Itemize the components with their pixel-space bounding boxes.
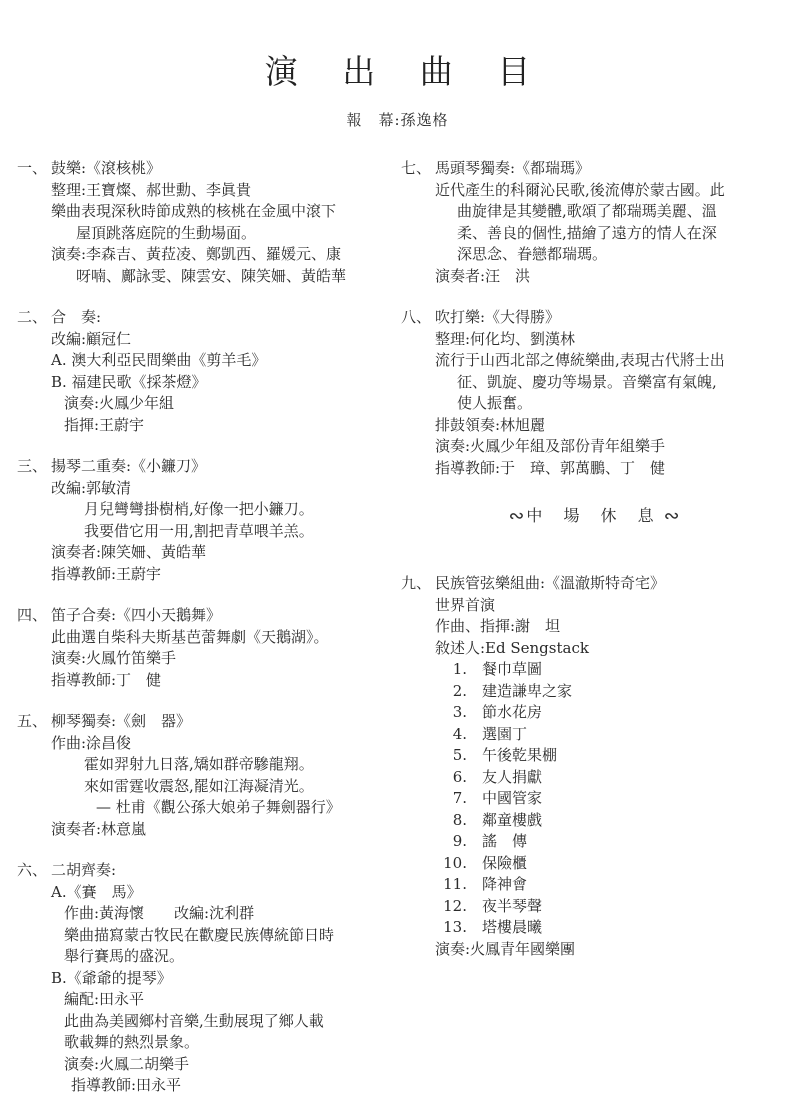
section-number: 五、: [17, 711, 51, 733]
program-section: 三、揚琴二重奏:《小鐮刀》改編:郭敏清月兒彎彎掛樹梢,好像一把小鐮刀。我要借它用…: [17, 456, 401, 585]
program-line: 敘述人:Ed Sengstack: [435, 638, 787, 660]
section-number: 八、: [401, 307, 435, 329]
movement-title: 中國管家: [482, 788, 787, 810]
movement-number: 1.: [435, 659, 467, 681]
section-title: 吹打樂:《大得勝》: [435, 307, 787, 329]
program-line: 世界首演: [435, 595, 787, 617]
movement-number: 11.: [435, 874, 467, 896]
section-body: A.《賽 馬》作曲:黃海懷 改編:沈利群樂曲描寫蒙古牧民在歡慶民族傳統節日時舉行…: [51, 882, 401, 1097]
movement-title: 選園丁: [482, 724, 787, 746]
announcer-line: 報 幕:孫逸格: [0, 109, 795, 130]
movement-item: 12.夜半琴聲: [435, 896, 787, 918]
program-section: 六、二胡齊奏:A.《賽 馬》作曲:黃海懷 改編:沈利群樂曲描寫蒙古牧民在歡慶民族…: [17, 860, 401, 1097]
section-body: 整理:何化均、劉漢林流行于山西北部之傳統樂曲,表現古代將士出征、凱旋、慶功等場景…: [435, 329, 787, 480]
section-head-row: 七、馬頭琴獨奏:《都瑞瑪》: [401, 158, 787, 180]
program-line: 屋頂跳落庭院的生動場面。: [76, 223, 401, 245]
program-section: 二、合 奏:改編:顧冠仁A. 澳大利亞民間樂曲《剪羊毛》B. 福建民歌《採茶燈》…: [17, 307, 401, 436]
section-number: 二、: [17, 307, 51, 329]
movement-title: 建造謙卑之家: [482, 681, 787, 703]
program-line: 使人振奮。: [457, 393, 787, 415]
program-line: 深思念、眷戀都瑞瑪。: [457, 244, 787, 266]
movement-title: 餐巾草圖: [482, 659, 787, 681]
section-body: 改編:顧冠仁A. 澳大利亞民間樂曲《剪羊毛》B. 福建民歌《採茶燈》演奏:火鳳少…: [51, 329, 401, 437]
program-line: 此曲選自柴科夫斯基芭蕾舞劇《天鵝湖》。: [51, 627, 401, 649]
section-head-row: 六、二胡齊奏:: [17, 860, 401, 882]
program-line: 曲旋律是其變體,歌頌了都瑞瑪美麗、溫: [457, 201, 787, 223]
program-line: 作曲:涂昌俊: [51, 733, 401, 755]
section-head-row: 三、揚琴二重奏:《小鐮刀》: [17, 456, 401, 478]
program-line: 征、凱旋、慶功等場景。音樂富有氣魄,: [457, 372, 787, 394]
section-head-row: 一、鼓樂:《滾核桃》: [17, 158, 401, 180]
program-line: 歌載舞的熱烈景象。: [64, 1032, 401, 1054]
section-title: 笛子合奏:《四小天鵝舞》: [51, 605, 401, 627]
page-title: 演 出 曲 目: [0, 46, 795, 93]
left-column: 一、鼓樂:《滾核桃》整理:王寶燦、郝世勳、李眞貴樂曲表現深秋時節成熟的核桃在金風…: [17, 158, 401, 1117]
program-line: 演奏者:陳笑姍、黃皓華: [51, 542, 401, 564]
program-section: 七、馬頭琴獨奏:《都瑞瑪》近代產生的科爾沁民歌,後流傳於蒙古國。此曲旋律是其變體…: [401, 158, 787, 287]
section-title: 柳琴獨奏:《劍 器》: [51, 711, 401, 733]
program-line: 霍如羿射九日落,矯如群帝驂龍翔。: [84, 754, 401, 776]
section-head-row: 九、民族管弦樂組曲:《溫澈斯特奇宅》: [401, 573, 787, 595]
program-line: 演奏:李森吉、黃菈凌、鄭凱西、羅媛元、康: [51, 244, 401, 266]
movement-number: 6.: [435, 767, 467, 789]
program-line: 改編:顧冠仁: [51, 329, 401, 351]
section-head-row: 五、柳琴獨奏:《劍 器》: [17, 711, 401, 733]
program-line: 演奏:火鳳竹笛樂手: [51, 648, 401, 670]
movement-item: 5.午後乾果棚: [435, 745, 787, 767]
section-title: 揚琴二重奏:《小鐮刀》: [51, 456, 401, 478]
program-line: 指導教師:田永平: [71, 1075, 401, 1097]
program-line: 演奏:火鳳少年組及部份青年組樂手: [435, 436, 787, 458]
movement-title: 保險櫃: [482, 853, 787, 875]
program-line: B. 福建民歌《採茶燈》: [51, 372, 401, 394]
program-line: 我要借它用一用,割把青草喂羊羔。: [84, 521, 401, 543]
section-number: 九、: [401, 573, 435, 595]
movement-title: 午後乾果棚: [482, 745, 787, 767]
program-line: 樂曲描寫蒙古牧民在歡慶民族傳統節日時: [64, 925, 401, 947]
intermission-label: 中 場 休 息: [526, 506, 661, 525]
section-title: 民族管弦樂組曲:《溫澈斯特奇宅》: [435, 573, 787, 595]
movement-number: 2.: [435, 681, 467, 703]
movement-title: 塔樓晨曦: [482, 917, 787, 939]
program-line: 柔、善良的個性,描繪了遠方的情人在深: [457, 223, 787, 245]
movement-number: 4.: [435, 724, 467, 746]
flourish-ornament-right: ∾: [662, 505, 682, 527]
movement-title: 友人捐獻: [482, 767, 787, 789]
section-body: 作曲:涂昌俊霍如羿射九日落,矯如群帝驂龍翔。來如雷霆收震怒,罷如江海凝清光。— …: [51, 733, 401, 841]
program-line: 近代產生的科爾沁民歌,後流傳於蒙古國。此: [435, 180, 787, 202]
section-title: 二胡齊奏:: [51, 860, 401, 882]
program-line: 指導教師:丁 健: [51, 670, 401, 692]
program-line: 演奏者:林意嵐: [51, 819, 401, 841]
two-column-layout: 一、鼓樂:《滾核桃》整理:王寶燦、郝世勳、李眞貴樂曲表現深秋時節成熟的核桃在金風…: [0, 158, 795, 1117]
program-line: 指揮:王蔚宇: [64, 415, 401, 437]
program-line: 呀喃、鄺詠雯、陳雲安、陳笑姍、黃皓華: [76, 266, 401, 288]
section-body: 此曲選自柴科夫斯基芭蕾舞劇《天鵝湖》。演奏:火鳳竹笛樂手指導教師:丁 健: [51, 627, 401, 692]
section-number: 六、: [17, 860, 51, 882]
program-line: — 杜甫《觀公孫大娘弟子舞劍器行》: [96, 797, 401, 819]
program-line: B.《爺爺的提琴》: [51, 968, 401, 990]
program-section: 八、吹打樂:《大得勝》整理:何化均、劉漢林流行于山西北部之傳統樂曲,表現古代將士…: [401, 307, 787, 479]
program-line: 舉行賽馬的盛況。: [64, 946, 401, 968]
section-head-row: 二、合 奏:: [17, 307, 401, 329]
movement-title: 節水花房: [482, 702, 787, 724]
section-title: 鼓樂:《滾核桃》: [51, 158, 401, 180]
movement-item: 1.餐巾草圖: [435, 659, 787, 681]
section-title: 合 奏:: [51, 307, 401, 329]
movement-item: 6.友人捐獻: [435, 767, 787, 789]
movement-title: 降神會: [482, 874, 787, 896]
section-number: 三、: [17, 456, 51, 478]
section-number: 七、: [401, 158, 435, 180]
program-section: 四、笛子合奏:《四小天鵝舞》此曲選自柴科夫斯基芭蕾舞劇《天鵝湖》。演奏:火鳳竹笛…: [17, 605, 401, 691]
movement-item: 7.中國管家: [435, 788, 787, 810]
movement-item: 11.降神會: [435, 874, 787, 896]
program-line: 演奏者:汪 洪: [435, 266, 787, 288]
intermission-heading: ∾中 場 休 息∾: [401, 503, 787, 527]
movement-number: 5.: [435, 745, 467, 767]
program-line: 此曲為美國鄉村音樂,生動展現了鄉人載: [64, 1011, 401, 1033]
program-line: 來如雷霆收震怒,罷如江海凝清光。: [84, 776, 401, 798]
section-number: 四、: [17, 605, 51, 627]
movement-title: 鄰童樓戲: [482, 810, 787, 832]
right-column: 七、馬頭琴獨奏:《都瑞瑪》近代產生的科爾沁民歌,後流傳於蒙古國。此曲旋律是其變體…: [401, 158, 787, 1117]
movement-item: 9.謠 傳: [435, 831, 787, 853]
program-section: 一、鼓樂:《滾核桃》整理:王寶燦、郝世勳、李眞貴樂曲表現深秋時節成熟的核桃在金風…: [17, 158, 401, 287]
program-line: 演奏:火鳳二胡樂手: [64, 1054, 401, 1076]
program-line: A.《賽 馬》: [51, 882, 401, 904]
movement-number: 9.: [435, 831, 467, 853]
program-line: 指導教師:王蔚宇: [51, 564, 401, 586]
movement-item: 10.保險櫃: [435, 853, 787, 875]
flourish-ornament-left: ∾: [506, 505, 526, 527]
program-line: 編配:田永平: [64, 989, 401, 1011]
program-line: 流行于山西北部之傳統樂曲,表現古代將士出: [435, 350, 787, 372]
section-title: 馬頭琴獨奏:《都瑞瑪》: [435, 158, 787, 180]
movement-number: 8.: [435, 810, 467, 832]
movement-number: 10.: [435, 853, 467, 875]
movement-item: 2.建造謙卑之家: [435, 681, 787, 703]
program-page: 演 出 曲 目 報 幕:孫逸格 一、鼓樂:《滾核桃》整理:王寶燦、郝世勳、李眞貴…: [0, 0, 795, 1117]
program-line: 演奏:火鳳青年國樂團: [435, 939, 787, 961]
section-body: 改編:郭敏清月兒彎彎掛樹梢,好像一把小鐮刀。我要借它用一用,割把青草喂羊羔。演奏…: [51, 478, 401, 586]
program-line: 作曲:黃海懷 改編:沈利群: [64, 903, 401, 925]
movement-number: 3.: [435, 702, 467, 724]
program-section: 五、柳琴獨奏:《劍 器》作曲:涂昌俊霍如羿射九日落,矯如群帝驂龍翔。來如雷霆收震…: [17, 711, 401, 840]
section-head-row: 四、笛子合奏:《四小天鵝舞》: [17, 605, 401, 627]
program-line: 指導教師:于 璋、郭萬鵬、丁 健: [435, 458, 787, 480]
program-line: 演奏:火鳳少年組: [64, 393, 401, 415]
movement-item: 8.鄰童樓戲: [435, 810, 787, 832]
program-line: 排鼓領奏:林旭麗: [435, 415, 787, 437]
program-line: 樂曲表現深秋時節成熟的核桃在金風中滾下: [51, 201, 401, 223]
movement-number: 12.: [435, 896, 467, 918]
movement-item: 3.節水花房: [435, 702, 787, 724]
movement-number: 7.: [435, 788, 467, 810]
section-body: 整理:王寶燦、郝世勳、李眞貴樂曲表現深秋時節成熟的核桃在金風中滾下屋頂跳落庭院的…: [51, 180, 401, 288]
section-body: 近代產生的科爾沁民歌,後流傳於蒙古國。此曲旋律是其變體,歌頌了都瑞瑪美麗、溫柔、…: [435, 180, 787, 288]
movement-item: 4.選園丁: [435, 724, 787, 746]
section-body: 世界首演作曲、指揮:謝 坦敘述人:Ed Sengstack1.餐巾草圖2.建造謙…: [435, 595, 787, 961]
section-number: 一、: [17, 158, 51, 180]
movement-title: 謠 傳: [482, 831, 787, 853]
program-line: 改編:郭敏清: [51, 478, 401, 500]
movement-item: 13.塔樓晨曦: [435, 917, 787, 939]
program-line: 月兒彎彎掛樹梢,好像一把小鐮刀。: [84, 499, 401, 521]
program-line: 整理:何化均、劉漢林: [435, 329, 787, 351]
program-line: 作曲、指揮:謝 坦: [435, 616, 787, 638]
movement-title: 夜半琴聲: [482, 896, 787, 918]
program-line: A. 澳大利亞民間樂曲《剪羊毛》: [51, 350, 401, 372]
section-head-row: 八、吹打樂:《大得勝》: [401, 307, 787, 329]
program-section: 九、民族管弦樂組曲:《溫澈斯特奇宅》世界首演作曲、指揮:謝 坦敘述人:Ed Se…: [401, 573, 787, 960]
movement-number: 13.: [435, 917, 467, 939]
program-line: 整理:王寶燦、郝世勳、李眞貴: [51, 180, 401, 202]
